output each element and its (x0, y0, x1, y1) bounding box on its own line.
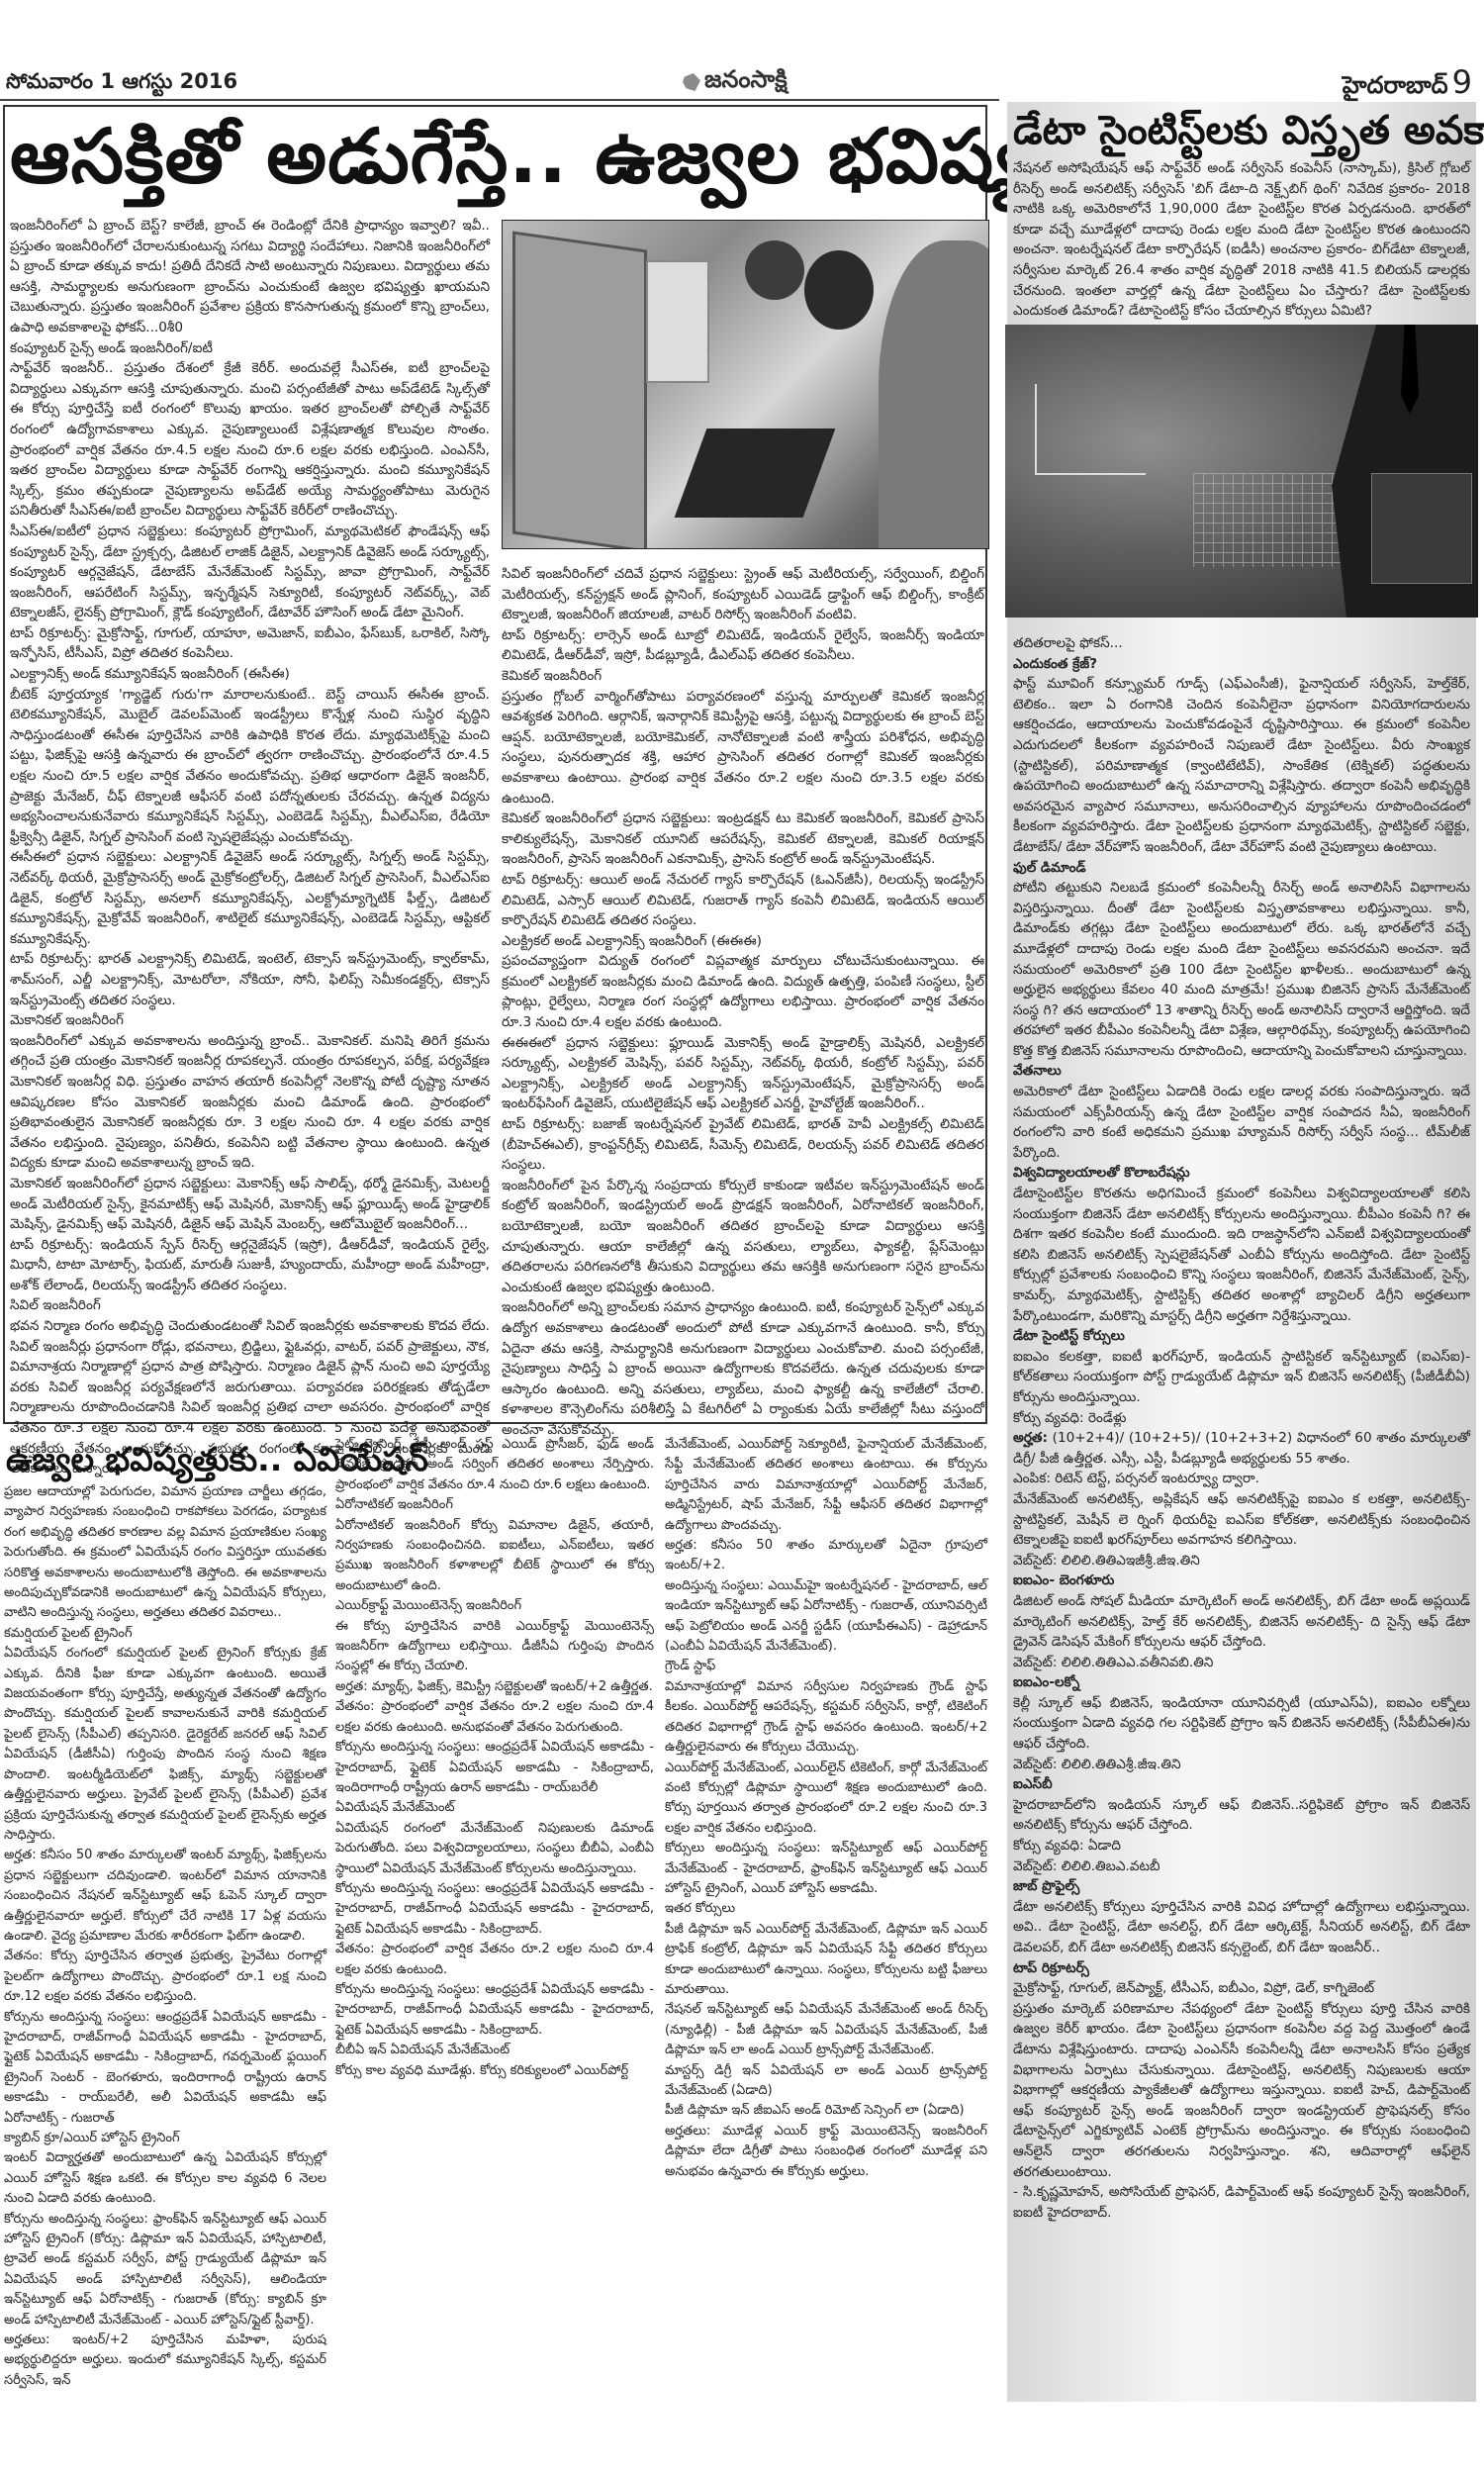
paragraph: కోర్సును అందిస్తున్న సంస్థలు: ఆంధ్రప్రదే… (4, 2008, 326, 2129)
aviation-headline: ఉజ్వల భవిష్యత్తుకు.. ఏవియేషన్ (6, 1437, 327, 1482)
subheading: ఎయిర్‌క్రాఫ్ట్ మెయింటెనెన్స్ ఇంజనీరింగ్ (335, 1596, 654, 1616)
paragraph: టాప్ రిక్రూటర్స్: మైక్రోసాఫ్ట్, గూగుల్, … (10, 623, 490, 664)
paragraph: ప్రస్తుతం మార్కెట్ పరిణామాల నేపథ్యంలో డే… (1013, 1999, 1470, 2182)
field-label: అర్హత: (1013, 1430, 1048, 1446)
subheading: డేటా సైంటిస్ట్ కోర్సులు (1013, 1326, 1470, 1347)
sidebar-intro-text: నేషనల్ అసోషియేషన్ ఆఫ్ సాఫ్ట్‌వేర్ అండ్ స… (1013, 158, 1470, 322)
paragraph: ఈఈఈలో ప్రధాన సబ్జెక్టులు: ఫ్లూయిడ్ మెకాన… (502, 1033, 984, 1114)
paragraph: బీటెక్ పూర్తయ్యాక 'గ్యాడ్జెట్ గురు'గా మా… (10, 685, 490, 848)
paragraph: వేతనం: కోర్సు పూర్తిచేసిన తర్వాత ప్రభుత్… (4, 1947, 326, 2007)
paragraph: పీజీ డిప్లొమా ఇన్ ఎయిర్‌పోర్ట్ మేనేజ్‌మె… (665, 1920, 987, 2001)
grid-graphic (1193, 473, 1342, 567)
subheading: ఇతర కోర్సులు (665, 1899, 987, 1919)
paragraph: ఇంజనీరింగ్‌లో ఏ బ్రాంచ్ బెస్ట్? కాలేజీ, … (10, 216, 490, 338)
paragraph: మాస్టర్స్ డిగ్రీ ఇన్ ఏవియేషన్ లా అండ్ ఎయ… (665, 2061, 987, 2102)
subheading: టాప్ రిక్రూటర్స్ (1013, 1958, 1470, 1979)
monitor-shape (646, 260, 709, 383)
paragraph: కెమికల్ ఇంజనీరింగ్‌లో ప్రధాన సబ్జెక్టులు… (502, 809, 984, 870)
paragraph: సాఫ్ట్‌వేర్ ఇంజనీర్.. ప్రస్తుతం దేశంలో క… (10, 358, 490, 522)
paragraph: కోర్సును అందిస్తున్న సంస్థలు: ఆంధ్రప్రదే… (335, 1879, 654, 1940)
subheading: ఐఐఎం-లక్నో (1013, 1672, 1470, 1693)
paragraph: టాప్ రిక్రూటర్స్: ఆయిల్ అండ్ నేచురల్ గ్య… (502, 870, 984, 931)
keyboard-shape (675, 428, 836, 518)
logo-text: జనంసాక్షి (704, 65, 788, 99)
paragraph: మెకానికల్ ఇంజనీరింగ్‌లో ప్రధాన సబ్జెక్టు… (10, 1174, 490, 1235)
paragraph: కోర్సు వ్యవధి: రెండేళ్లు (1013, 1408, 1470, 1429)
paragraph: డేటా అనలిటిక్స్ కోర్సులు పూర్తిచేసిన వార… (1013, 1897, 1470, 1958)
subheading: వేతనాలు (1013, 1061, 1470, 1082)
paragraph: అర్హతలు: ఇంటర్/+2 పూర్తిచేసిన మహిళా, పుర… (4, 2331, 326, 2391)
paragraph: కోర్సును అందిస్తున్న సంస్థలు: ఆంధ్రప్రదే… (335, 1980, 654, 2041)
subheading: ఎలక్ట్రానిక్స్ అండ్ కమ్యూనికేషన్ ఇంజనీరి… (10, 664, 490, 685)
aviation-column-1: ప్రజల ఆదాయాల్లో పెరుగుదల, విమాన ప్రయాణ చ… (4, 1482, 326, 2391)
main-headline: ఆసక్తితో అడుగేస్తే.. ఉజ్వల భవిష్యత్! (10, 107, 984, 206)
paragraph: ఈ కోర్సు పూర్తిచేసిన వారికి ఎయిర్‌క్రాఫ్… (335, 1617, 654, 1677)
paragraph: కోర్సు కాల వ్యవధి మూడేళ్లు. కోర్సు కరిక్… (335, 2061, 654, 2081)
page-number: 9 (1452, 63, 1472, 101)
data-scientist-touchscreen-photo (1005, 325, 1478, 618)
sidebar-body: తదితరాలపై ఫోకస్...ఎందుకంత క్రేజ్?ఫాస్ట్ … (1013, 633, 1470, 2223)
paragraph: ఫ్లైట్ ట్రైనింగ్, సేఫ్టీ అండ్ ఫస్ట్ ఎయిడ… (335, 1435, 654, 1495)
paragraph: అమెరికాలో డేటా సైంటిస్ట్‌లు ఏడాదికి రెండ… (1013, 1082, 1470, 1163)
paragraph: కోర్సును అందిస్తున్న సంస్థలు: ఫ్రాంక్‌ఫి… (4, 2210, 326, 2331)
paragraph: పోటీని తట్టుకుని నిలబడే క్రమంలో కంపెనీలన… (1013, 878, 1470, 1061)
paragraph: ఫాస్ట్ మూవింగ్ కన్స్యూమర్ గూడ్స్ (ఎఫ్ఎంస… (1013, 674, 1470, 857)
paragraph: డిజిటల్ అండ్ సోషల్ మీడియా మార్కెటింగ్ అం… (1013, 1591, 1470, 1653)
subheading: కమర్షియల్ పైలట్ ట్రైనింగ్ (4, 1624, 326, 1644)
paragraph: సివిల్ ఇంజనీరింగ్‌లో చదివే ప్రధాన సబ్జెక… (502, 564, 984, 625)
paragraph: కెల్లీ స్కూల్ ఆఫ్ బిజినెస్, ఇండియానా యూన… (1013, 1693, 1470, 1755)
subheading: కెమికల్ ఇంజనీరింగ్ (502, 666, 984, 687)
paragraph: వేతనం: ప్రారంభంలో వార్షిక వేతనం రూ.2 లక్… (335, 1697, 654, 1738)
paragraph: అర్హత: మ్యాథ్స్, ఫిజిక్స్, కెమిస్ట్రీ సబ… (335, 1677, 654, 1697)
field-value: (10+2+4)/ (10+2+5)/ (10+2+3+2) విధానంలో … (1013, 1430, 1470, 1467)
subheading: జాబ్ ప్రొఫైల్స్ (1013, 1876, 1470, 1897)
paragraph: ప్రపంచవ్యాప్తంగా విద్యుత్ రంగంలో విప్లవా… (502, 951, 984, 1032)
paragraph: వేతనం: ప్రారంభంలో వార్షిక వేతనం రూ.2 లక్… (335, 1940, 654, 1980)
chart-graphic (1035, 384, 1146, 475)
paragraph: మేనేజ్‌మెంట్, ఎయిర్‌పోర్ట్ సెక్యూరిటీ, ఫ… (665, 1435, 987, 1536)
sidebar-intro: నేషనల్ అసోషియేషన్ ఆఫ్ సాఫ్ట్‌వేర్ అండ్ స… (1013, 158, 1470, 322)
paragraph: టాప్ రిక్రూటర్స్: లార్సెన్ అండ్ టూబ్రో ల… (502, 625, 984, 666)
person-shape (879, 240, 989, 549)
paragraph: ఇంజనీరింగ్‌లో ఎక్కువ అవకాశాలను అందిస్తున… (10, 1031, 490, 1174)
person-shape (804, 250, 874, 330)
paragraph: వెబ్‌సైట్: లిలిలి.తితిఎఇజీశ్రీ.జీఇ.తిని (1013, 1551, 1470, 1571)
paragraph: ఏవియేషన్ రంగంలో మేనేజ్‌మెంట్ నిపుణులకు డ… (335, 1819, 654, 1879)
paragraph: విమానాశ్రయాల్లో విమాన సర్వీసుల నిర్వహణకు… (665, 1677, 987, 1759)
paragraph: టాప్ రిక్రూటర్స్: భారత్ ఎలక్ట్రానిక్స్ ల… (10, 949, 490, 1010)
paragraph: వెబ్‌సైట్: లిలిలి.తితిఎఎ.వతీనివబి.తిని (1013, 1653, 1470, 1673)
subheading: గ్రౌండ్ స్టాఫ్ (665, 1657, 987, 1676)
subheading: సివిల్ ఇంజనీరింగ్ (10, 1295, 490, 1316)
person-shape (745, 240, 804, 300)
paragraph: ప్రజల ఆదాయాల్లో పెరుగుదల, విమాన ప్రయాణ చ… (4, 1482, 326, 1624)
subheading: విశ్వవిద్యాలయాలతో కొలాబరేషన్లు (1013, 1163, 1470, 1184)
paragraph: అందిస్తున్న సంస్థలు: ఎయిమ్‌హై ఇంటర్నేషనల… (665, 1576, 987, 1658)
paragraph: ఐఐఎం కలకత్తా, ఐఐటీ ఖరగ్‌పూర్, ఇండియన్ స్… (1013, 1347, 1470, 1408)
paragraph: కోర్సును అందిస్తున్న సంస్థలు: ఆంధ్రప్రదే… (335, 1738, 654, 1798)
aviation-column-3: మేనేజ్‌మెంట్, ఎయిర్‌పోర్ట్ సెక్యూరిటీ, ఫ… (665, 1435, 987, 2182)
paragraph: కోర్సులు అందిస్తున్న సంస్థలు: ఇన్‌స్టిట్… (665, 1839, 987, 1899)
paragraph: టాప్ రిక్రూటర్స్: బజాజ్ ఇంటర్నేషనల్ ప్రై… (502, 1114, 984, 1176)
paragraph: - సి.కృష్ణమోహన్, అసోసియేట్ ప్రొఫెసర్, డి… (1013, 2182, 1470, 2223)
subheading: ఎలక్ట్రికల్ అండ్ ఎలక్ట్రానిక్స్ ఇంజనీరిం… (502, 931, 984, 952)
paragraph: వెబ్‌సైట్: లిలిలి.తిబఎ.వటబీ (1013, 1856, 1470, 1877)
paragraph: మేనేజ్‌మెంట్ అనలిటిక్స్, అప్లికేషన్ ఆఫ్ … (1013, 1489, 1470, 1551)
subheading: ఐఐఎం- బెంగళూరు (1013, 1570, 1470, 1591)
paragraph: ఏవియేషన్ రంగంలో కమర్షియల్ పైలట్ ట్రైనింగ… (4, 1644, 326, 1846)
paragraph: ప్రస్తుతం గ్లోబల్ వార్మింగ్‌తోపాటు పర్యా… (502, 687, 984, 809)
subheading: కంప్యూటర్ సైన్స్ అండ్ ఇంజనీరింగ్/ఐటీ (10, 338, 490, 359)
paragraph: అర్హత: కనీసం 50 శాతం మార్కులతో ఏదైనా గ్ర… (665, 1536, 987, 1576)
masthead-logo[interactable]: జనంసాక్షి (683, 65, 788, 99)
paragraph: ఇంజనీరింగ్‌లో అన్ని బ్రాంచ్‌లకు సమాన ప్ర… (502, 1297, 984, 1440)
paragraph: సీఎస్ఈ/ఐటీలో ప్రధాన సబ్జెక్టులు: కంప్యూట… (10, 522, 490, 623)
subheading: ఏవియేషన్ మేనేజ్‌మెంట్ (335, 1798, 654, 1818)
subheading: ఎందుకంత క్రేజ్? (1013, 654, 1470, 675)
subheading: ఫుల్ డిమాండ్ (1013, 858, 1470, 879)
subheading: ఐఎస్‌బీ (1013, 1774, 1470, 1795)
subheading: బీబీఏ ఇన్ ఏవియేషన్ మేనేజ్‌మెంట్ (335, 2041, 654, 2060)
main-article-left-column: ఇంజనీరింగ్‌లో ఏ బ్రాంచ్ బెస్ట్? కాలేజీ, … (10, 216, 490, 1479)
subheading: మెకానికల్ ఇంజనీరింగ్ (10, 1010, 490, 1031)
paragraph: అర్హత: (10+2+4)/ (10+2+5)/ (10+2+3+2) వి… (1013, 1428, 1470, 1469)
paragraph: తదితరాలపై ఫోకస్... (1013, 633, 1470, 654)
main-article-middle-column: సివిల్ ఇంజనీరింగ్‌లో చదివే ప్రధాన సబ్జెక… (502, 564, 984, 1441)
paragraph: ఏరోనాటికల్ ఇంజనీరింగ్ కోర్సు విమానాల డిజ… (335, 1516, 654, 1597)
paragraph: ఈసీఈలో ప్రధాన సబ్జెక్టులు: ఎలక్ట్రానిక్ … (10, 847, 490, 949)
paragraph: ఎంపిక: రిటెన్ టెస్ట్, పర్సనల్ ఇంటర్వ్యూ … (1013, 1469, 1470, 1489)
page-section: హైదరాబాద్9 (1343, 63, 1472, 105)
subheading: క్యాబిన్ క్రూ/ఎయిర్ హోస్టెస్ ట్రైనింగ్ (4, 2129, 326, 2148)
paragraph: ఇంజనీరింగ్‌లో పైన పేర్కొన్న సంప్రదాయ కోర… (502, 1176, 984, 1298)
paragraph: పీజీ డిప్లొమా ఇన్ జీఐఎస్ అండ్ రిమోట్ సెన… (665, 2101, 987, 2121)
paragraph: ఎయిర్‌పోర్ట్ మేనేజ్‌మెంట్, ఎయిర్‌లైన్ టి… (665, 1759, 987, 1840)
subheading: ఏరోనాటికల్ ఇంజనీరింగ్ (335, 1495, 654, 1515)
students-at-computers-photo (502, 220, 989, 549)
header-rule (0, 99, 999, 101)
paragraph: అర్హత: కనీసం 50 శాతం మార్కులతో ఇంటర్ మ్య… (4, 1846, 326, 1947)
sidebar-headline: డేటా సైంటిస్ట్‌లకు విస్తృత అవకాశాలు (1013, 103, 1473, 158)
issue-date: సోమవారం 1 ఆగస్టు 2016 (6, 69, 237, 99)
paragraph: టాప్ రిక్రూటర్స్: ఇండియన్ స్పేస్ రీసెర్చ… (10, 1235, 490, 1296)
monitor-shape (512, 231, 647, 549)
paragraph: ఇంటర్ విద్యార్హతతో అందుబాటులో ఉన్న ఏవియే… (4, 2148, 326, 2209)
paragraph: నేషనల్ ఇన్‌స్టిట్యూట్ ఆఫ్ ఏవియేషన్ మేనేజ… (665, 2000, 987, 2060)
paragraph: హైదరాబాద్‌లోని ఇండియన్ స్కూల్ ఆఫ్ బిజినె… (1013, 1795, 1470, 1836)
section-name: హైదరాబాద్ (1343, 71, 1448, 99)
paragraph: డేటాసైంటిస్ట్‌ల కొరతను అధిగమించే క్రమంలో… (1013, 1184, 1470, 1326)
dashboard-panel-graphic (1371, 473, 1472, 584)
paragraph: అర్హతలు: మూడేళ్ల ఎయిర్ క్రాఫ్ట్ మెయింటెన… (665, 2122, 987, 2182)
paragraph: వెబ్‌సైట్: లిలిలి.తితిఎశ్రీ.జీఇ.తిని (1013, 1755, 1470, 1775)
paragraph: మైక్రోసాఫ్ట్, గూగుల్, జెన్‌ప్యాక్ట్, టీస… (1013, 1978, 1470, 1999)
telangana-map-icon (683, 73, 700, 91)
aviation-column-2: ఫ్లైట్ ట్రైనింగ్, సేఫ్టీ అండ్ ఫస్ట్ ఎయిడ… (335, 1435, 654, 2081)
paragraph: కోర్సు వ్యవధి: ఏడాది (1013, 1836, 1470, 1856)
